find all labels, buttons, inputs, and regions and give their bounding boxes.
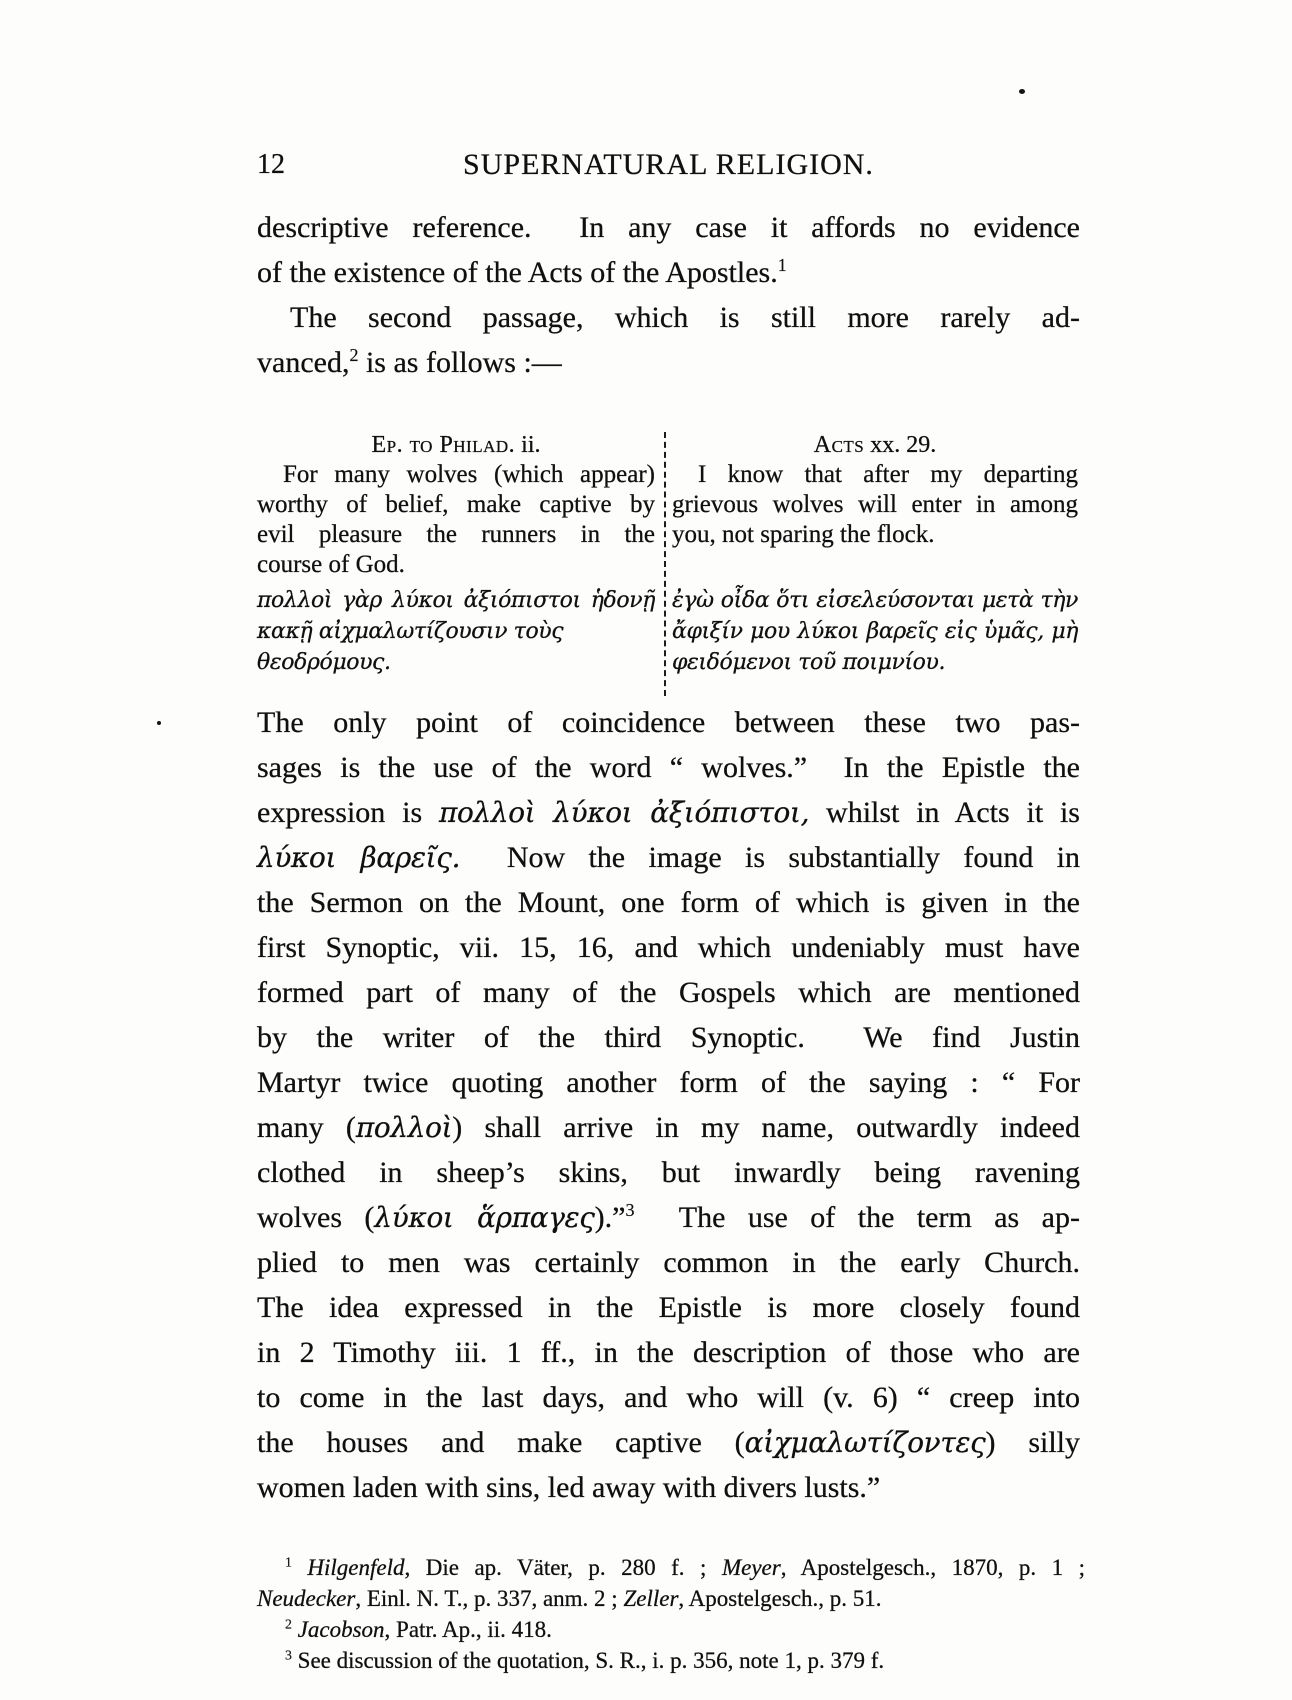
quote-line: grievous wolves will enter in among [672, 490, 1078, 520]
text-line: by the writer of the third Synoptic. We … [257, 1015, 1080, 1060]
text-line: many (πολλοὶ) shall arrive in my name, o… [257, 1105, 1080, 1150]
scan-speck [157, 721, 161, 725]
text-line: Martyr twice quoting another form of the… [257, 1060, 1080, 1105]
greek-quote-left: πολλοὶ γὰρ λύκοι ἀξιόπιστοι ἡδονῇ κακῇ α… [257, 585, 655, 647]
intro-paragraphs: descriptive reference. In any case it af… [257, 205, 1080, 385]
text-line: the Sermon on the Mount, one form of whi… [257, 880, 1080, 925]
text-line: the houses and make captive (αἰχμαλωτίζο… [257, 1420, 1080, 1465]
text-line: sages is the use of the word “ wolves.” … [257, 745, 1080, 790]
quote-line: For many wolves (which appear) [257, 460, 655, 490]
text-line: formed part of many of the Gospels which… [257, 970, 1080, 1015]
footnote-line: 1 Hilgenfeld, Die ap. Väter, p. 280 f. ;… [257, 1552, 1085, 1583]
text-line: descriptive reference. In any case it af… [257, 205, 1080, 250]
text-line: The only point of coincidence between th… [257, 700, 1080, 745]
greek-quote-right: ἐγὼ οἶδα ὅτι εἰσελεύσονται μετὰ τὴν ἄφιξ… [672, 585, 1078, 678]
text-line: women laden with sins, led away with div… [257, 1465, 1080, 1510]
quote-line: evil pleasure the runners in the [257, 520, 655, 550]
page-number: 12 [257, 147, 285, 183]
greek-line: ἄφιξίν μου λύκοι βαρεῖς εἰς ὑμᾶς, μὴ [672, 616, 1078, 647]
footnote-line: 3 See discussion of the quotation, S. R.… [257, 1645, 1085, 1676]
quote-line: I know that after my departing [672, 460, 1078, 490]
footnote-line: 2 Jacobson, Patr. Ap., ii. 418. [257, 1614, 1085, 1645]
main-paragraph: The only point of coincidence between th… [257, 700, 1080, 1510]
greek-line: ἐγὼ οἶδα ὅτι εἰσελεύσονται μετὰ τὴν [672, 585, 1078, 616]
text-line: first Synoptic, vii. 15, 16, and which u… [257, 925, 1080, 970]
greek-line: κακῇ αἰχμαλωτίζουσιν τοὺς θεοδρόμους. [257, 616, 655, 647]
book-page: 12 SUPERNATURAL RELIGION. descriptive re… [0, 0, 1292, 1700]
quote-line: you, not sparing the flock. [672, 520, 1078, 550]
quote-column-right: Acts xx. 29. I know that after my depart… [672, 430, 1078, 678]
quote-column-left: Ep. to Philad. ii. For many wolves (whic… [257, 430, 655, 647]
running-title: SUPERNATURAL RELIGION. [257, 147, 1080, 183]
quote-line: course of God. [257, 550, 655, 580]
text-line: The idea expressed in the Epistle is mor… [257, 1285, 1080, 1330]
column-divider [664, 432, 666, 696]
text-line: λύκοι βαρεῖς. Now the image is substanti… [257, 835, 1080, 880]
text-line: wolves (λύκοι ἅρπαγες).”3 The use of the… [257, 1195, 1080, 1240]
greek-line: πολλοὶ γὰρ λύκοι ἀξιόπιστοι ἡδονῇ [257, 585, 655, 616]
quote-heading-left: Ep. to Philad. ii. [257, 430, 655, 460]
text-line: in 2 Timothy iii. 1 ff., in the descript… [257, 1330, 1080, 1375]
scan-speck [1019, 89, 1025, 94]
text-line: plied to men was certainly common in the… [257, 1240, 1080, 1285]
text-line: to come in the last days, and who will (… [257, 1375, 1080, 1420]
footnote-line: Neudecker, Einl. N. T., p. 337, anm. 2 ;… [257, 1583, 1085, 1614]
text-line: The second passage, which is still more … [257, 295, 1080, 340]
quote-line: worthy of belief, make captive by [257, 490, 655, 520]
footnotes: 1 Hilgenfeld, Die ap. Väter, p. 280 f. ;… [257, 1552, 1085, 1676]
text-line: of the existence of the Acts of the Apos… [257, 250, 1080, 295]
quote-heading-right: Acts xx. 29. [672, 430, 1078, 460]
text-line: expression is πολλοὶ λύκοι ἀξιόπιστοι, w… [257, 790, 1080, 835]
greek-line: φειδόμενοι τοῦ ποιμνίου. [672, 647, 1078, 678]
text-line: clothed in sheep’s skins, but inwardly b… [257, 1150, 1080, 1195]
text-line: vanced,2 is as follows :— [257, 340, 1080, 385]
running-header: 12 SUPERNATURAL RELIGION. [257, 147, 1080, 183]
